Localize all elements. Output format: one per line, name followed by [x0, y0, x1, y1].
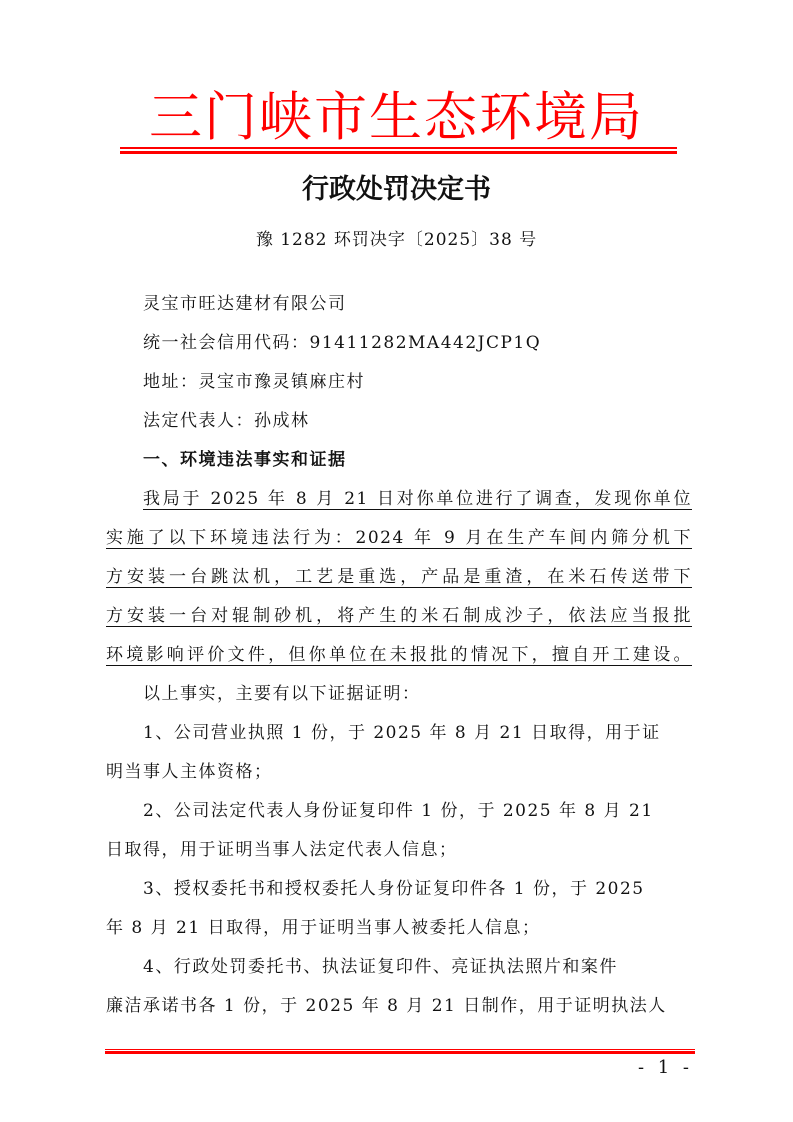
facts-text: 实施了以下环境违法行为：2024 年 9 月在生产车间内筛分机下	[106, 528, 692, 548]
facts-line: 方安装一台跳汰机，工艺是重选，产品是重渣，在米石传送带下	[106, 558, 692, 597]
section-heading: 一、环境违法事实和证据	[106, 441, 692, 480]
evidence-line: 廉洁承诺书各 1 份，于 2025 年 8 月 21 日制作，用于证明执法人	[106, 987, 692, 1026]
header-rule-thin	[120, 147, 677, 149]
facts-line: 方安装一台对辊制砂机，将产生的米石制成沙子，依法应当报批	[106, 597, 692, 636]
evidence-line: 年 8 月 21 日取得，用于证明当事人被委托人信息；	[106, 909, 692, 948]
document-number: 豫 1282 环罚决字〔2025〕38 号	[0, 227, 793, 253]
facts-line: 环境影响评价文件，但你单位在未报批的情况下，擅自开工建设。	[106, 636, 692, 675]
document-title: 行政处罚决定书	[0, 170, 793, 210]
evidence-line: 1、公司营业执照 1 份，于 2025 年 8 月 21 日取得，用于证	[106, 714, 692, 753]
document-body: 灵宝市旺达建材有限公司 统一社会信用代码：91411282MA442JCP1Q …	[106, 285, 692, 1026]
facts-text: 方安装一台对辊制砂机，将产生的米石制成沙子，依法应当报批	[106, 606, 692, 626]
party-credit-code: 统一社会信用代码：91411282MA442JCP1Q	[106, 324, 692, 363]
evidence-line: 日取得，用于证明当事人法定代表人信息；	[106, 831, 692, 870]
evidence-line: 4、行政处罚委托书、执法证复印件、亮证执法照片和案件	[106, 948, 692, 987]
facts-text: 环境影响评价文件，但你单位在未报批的情况下，擅自开工建设。	[106, 645, 692, 665]
evidence-line: 明当事人主体资格；	[106, 753, 692, 792]
footer-red-rule	[105, 1049, 695, 1055]
evidence-line: 2、公司法定代表人身份证复印件 1 份，于 2025 年 8 月 21	[106, 792, 692, 831]
party-name: 灵宝市旺达建材有限公司	[106, 285, 692, 324]
footer-rule-thick	[105, 1051, 695, 1054]
evidence-intro: 以上事实，主要有以下证据证明：	[106, 675, 692, 714]
page-number: - 1 -	[638, 1056, 693, 1080]
facts-text: 我局于 2025 年 8 月 21 日对你单位进行了调查，发现你单位	[143, 489, 692, 509]
facts-line: 实施了以下环境违法行为：2024 年 9 月在生产车间内筛分机下	[106, 519, 692, 558]
facts-text: 方安装一台跳汰机，工艺是重选，产品是重渣，在米石传送带下	[106, 567, 692, 587]
header-rule-thick	[120, 151, 677, 154]
evidence-line: 3、授权委托书和授权委托人身份证复印件各 1 份，于 2025	[106, 870, 692, 909]
facts-line: 我局于 2025 年 8 月 21 日对你单位进行了调查，发现你单位	[106, 480, 692, 519]
party-address: 地址：灵宝市豫灵镇麻庄村	[106, 363, 692, 402]
footer-rule-thin	[105, 1049, 695, 1050]
agency-masthead: 三门峡市生态环境局	[0, 86, 793, 150]
party-legal-rep: 法定代表人：孙成林	[106, 402, 692, 441]
header-red-rule	[120, 147, 677, 154]
